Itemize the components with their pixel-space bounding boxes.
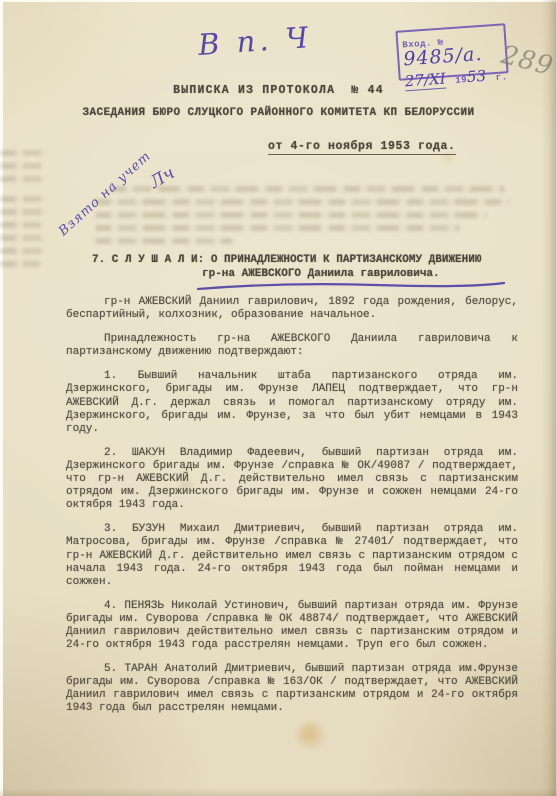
paragraph-witness-2: 2. ШАКУН Владимир Фадеевич, бывший парти… [66,447,518,512]
document-dateline: от 4-го ноября 1953 года. [268,140,456,155]
agenda-line-2: гр-на АЖЕВСКОГО Даниила гавриловича. [202,267,532,281]
paragraph-bio: гр-н АЖЕВСКИЙ Даниил гаврилович, 1892 го… [66,296,518,322]
paragraph-witness-4: 4. ПЕНЯЗЬ Николай Устинович, бывший парт… [66,600,518,652]
agenda-item-heading: 7. С Л У Ш А Л И: О ПРИНАДЛЕЖНОСТИ К ПАР… [92,253,532,281]
page-edge-shadow [541,0,557,796]
document-title: ВЫПИСКА ИЗ ПРОТОКОЛА № 44 [0,84,557,97]
paper-stain [176,478,196,492]
paragraph-witness-1: 1. Бывший начальник штаба партизанского … [66,370,518,435]
body-text: гр-н АЖЕВСКИЙ Даниил гаврилович, 1892 го… [66,296,518,727]
paragraph-intro: Принадлежность гр-на АЖЕВСКОГО Даниила г… [66,333,518,359]
incoming-registration-stamp: Вход. № 9485/а. 27/XI 1953 г. [395,23,508,81]
scanned-document-page: В п. Ч Вход. № 9485/а. 27/XI 1953 г. 289… [0,0,557,796]
page-edge-shadow [0,788,557,796]
paper-stain [296,722,326,748]
stamp-year-suffix: г. [495,72,507,83]
agenda-line-1: 7. С Л У Ш А Л И: О ПРИНАДЛЕЖНОСТИ К ПАР… [92,253,532,267]
stamp-number-handwritten: 9485/а. [403,43,483,70]
paragraph-witness-5: 5. ТАРАН Анатолий Дмитриевич, бывший пар… [66,663,518,715]
document-subtitle: ЗАСЕДАНИЯ БЮРО СЛУЦКОГО РАЙОННОГО КОМИТЕ… [0,107,557,119]
paper-stain [440,152,456,164]
paragraph-witness-3: 3. БУЗУН Михаил Дмитриевич, бывший парти… [66,523,518,588]
